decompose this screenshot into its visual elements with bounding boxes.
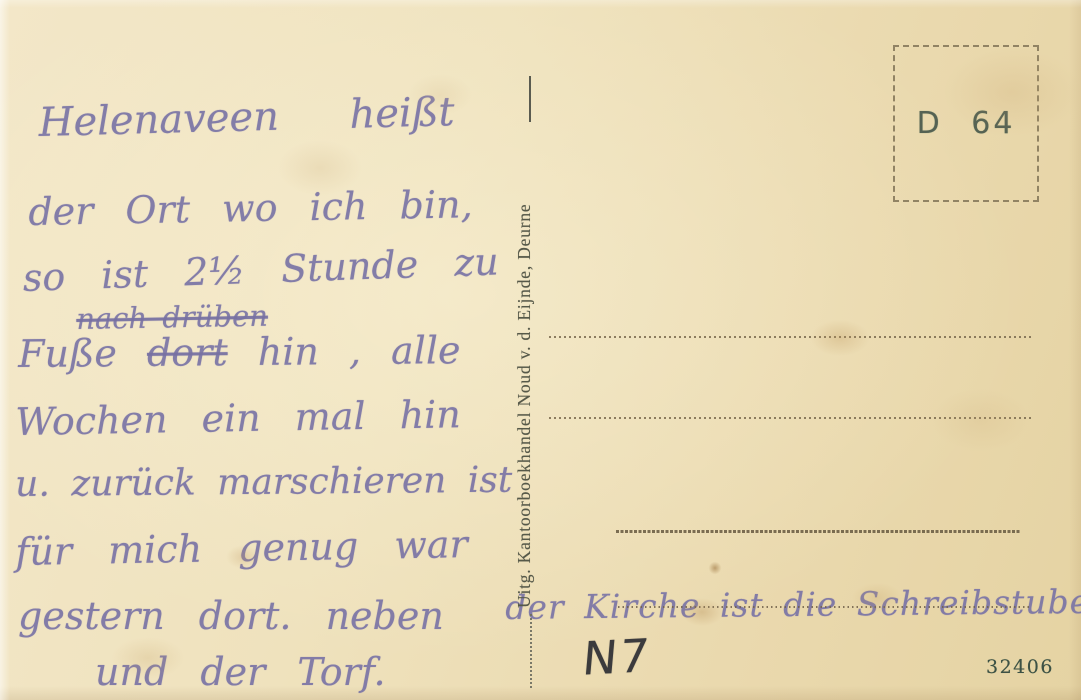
message-line-4-pre: Fuße [18,331,117,376]
message-line-4-post: hin , alle [258,328,461,374]
message-continuation: der Kirche ist die Schreibstube [505,582,1081,627]
stamp-box: D 64 [893,45,1039,202]
message-line-4-struck-word: dort [147,330,228,375]
message-line-4: Fuße dort hin , alle [18,328,461,376]
message-line-9: und der Torf. [95,650,386,694]
address-line-2 [549,417,1032,419]
message-line-8: gestern dort. neben [18,594,444,638]
postcard-back: Helenaveen heißt der Ort wo ich bin, so … [0,0,1081,700]
pencil-annotation: N7 [580,628,653,685]
divider-top-line [529,76,531,122]
message-line-3: so ist 2½ Stunde zu [22,239,499,300]
divider-bottom-dotted-line [530,614,532,688]
publisher-imprint: Uitg. Kantoorboekhandel Noud v. d. Eijnd… [514,128,544,608]
stamp-box-label: D 64 [917,106,1016,141]
address-line-1 [549,336,1032,338]
message-line-1: Helenaveen heißt [38,89,455,146]
message-line-6: u. zurück marschieren ist [15,460,512,505]
address-line-3 [616,530,1020,533]
serial-number: 32406 [986,656,1054,678]
message-line-5: Wochen ein mal hin [15,392,461,444]
message-line-7: für mich genug war [15,522,468,574]
address-line-4 [618,606,1030,608]
message-line-2: der Ort wo ich bin, [28,182,473,234]
